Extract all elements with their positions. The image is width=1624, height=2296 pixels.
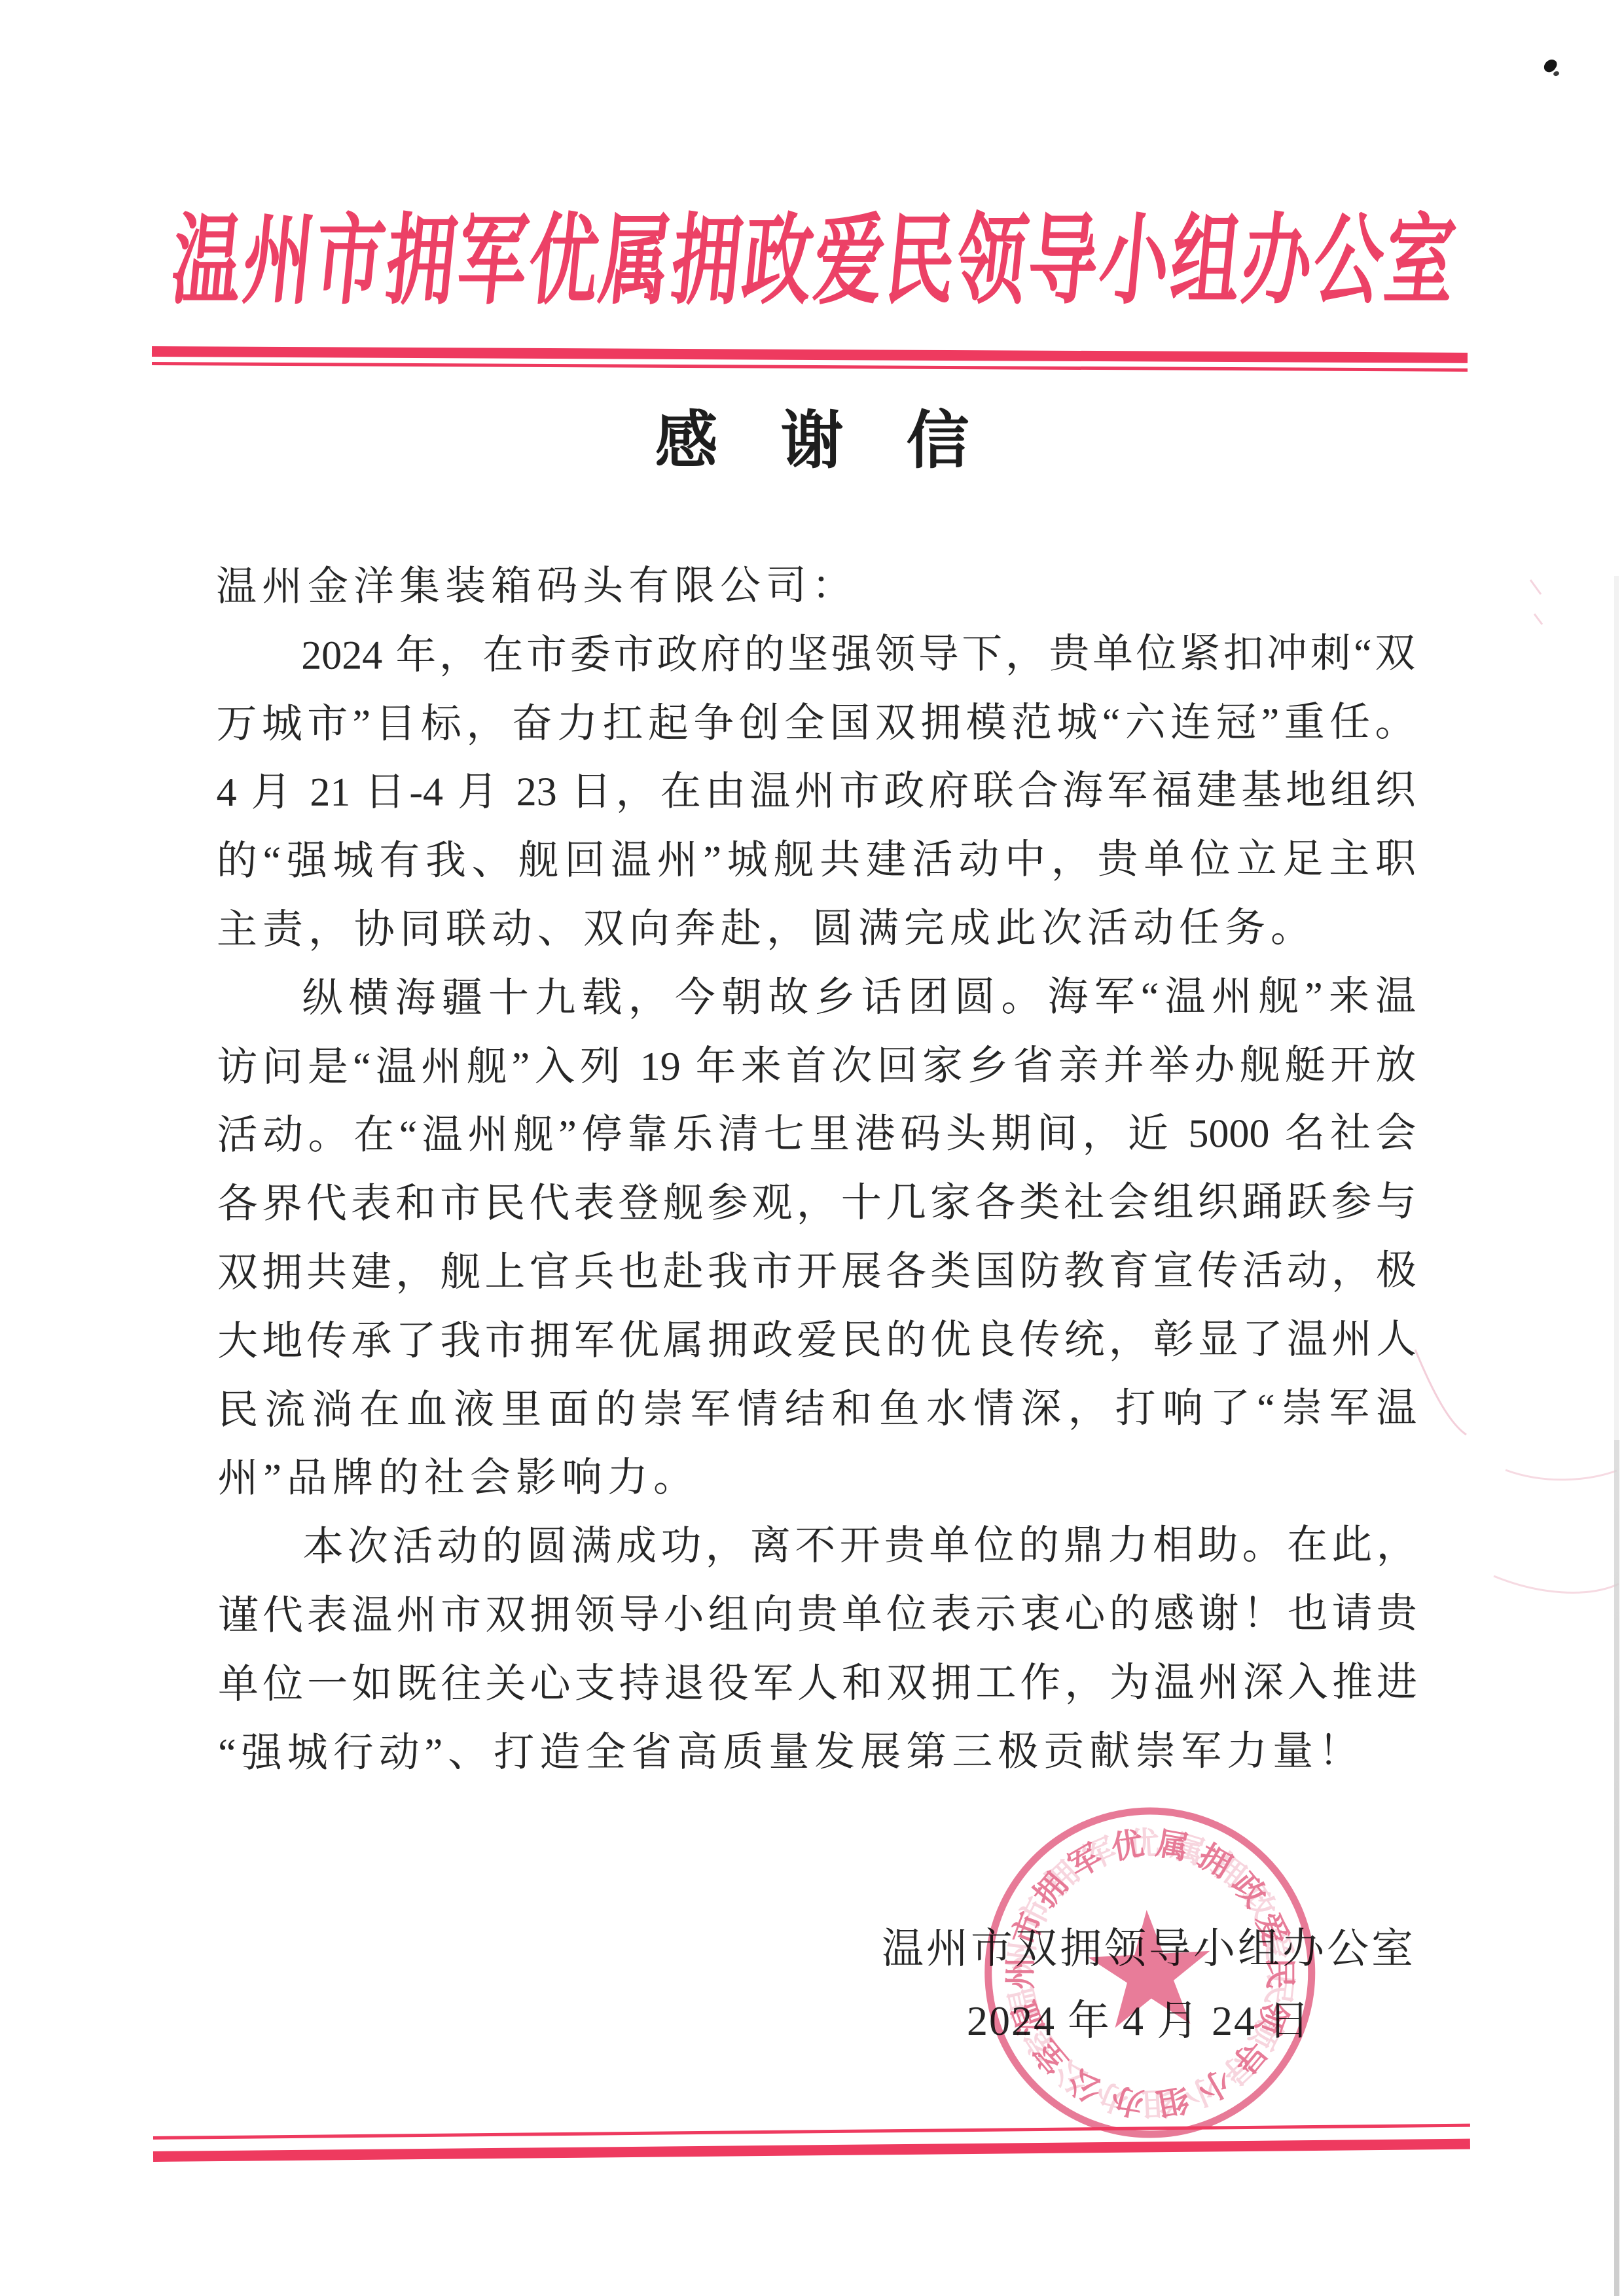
body-line: 纵横海疆十九载，今朝故乡话团圆。海军“温州舰”来温 bbox=[217, 963, 1416, 1033]
header-rule-thick bbox=[152, 346, 1468, 363]
body-line: 的“强城有我、舰回温州”城舰共建活动中，贵单位立足主职 bbox=[217, 825, 1416, 896]
scanned-letter-page: 温州市拥军优属拥政爱民领导小组办公室 感 谢 信 温州金洋集装箱码头有限公司：2… bbox=[0, 0, 1624, 2296]
header-rule-thin bbox=[152, 362, 1468, 372]
body-line: 访问是“温州舰”入列 19 年来首次回家乡省亲并举办舰艇开放 bbox=[217, 1031, 1416, 1102]
footer-rule-thick bbox=[153, 2139, 1470, 2162]
salutation: 温州金洋集装箱码头有限公司： bbox=[216, 551, 1415, 622]
scan-edge-line-lower bbox=[1614, 1440, 1619, 2296]
letterhead-title: 温州市拥军优属拥政爱民领导小组办公室 bbox=[0, 208, 1624, 315]
body-line: 双拥共建，舰上官兵也赴我市开展各类国防教育宣传活动，极 bbox=[217, 1237, 1416, 1308]
document-title: 感 谢 信 bbox=[0, 404, 1624, 478]
scan-edge-line-upper bbox=[1614, 576, 1619, 1440]
body-line: 单位一如既往关心支持退役军人和双拥工作，为温州深入推进 bbox=[218, 1649, 1417, 1719]
body-line: 谨代表温州市双拥领导小组向贵单位表示衷心的感谢！也请贵 bbox=[218, 1580, 1417, 1651]
body-line: “强城行动”、打造全省高质量发展第三极贡献崇军力量！ bbox=[218, 1717, 1417, 1787]
body-line: 州”品牌的社会影响力。 bbox=[217, 1443, 1416, 1513]
official-seal-stamp: 温州市拥军优属拥政爱民领导小组办公室 bbox=[970, 1796, 1331, 2157]
body-line: 2024 年，在市委市政府的坚强领导下，贵单位紧扣冲刺“双 bbox=[216, 620, 1415, 691]
body-line: 4 月 21 日-4 月 23 日，在由温州市政府联合海军福建基地组织 bbox=[217, 757, 1416, 827]
body-line: 民流淌在血液里面的崇军情结和鱼水情深，打响了“崇军温 bbox=[217, 1374, 1416, 1444]
body-line: 主责，协同联动、双向奔赴，圆满完成此次活动任务。 bbox=[217, 894, 1416, 965]
letter-body: 温州金洋集装箱码头有限公司：2024 年，在市委市政府的坚强领导下，贵单位紧扣冲… bbox=[216, 551, 1417, 1788]
body-line: 各界代表和市民代表登舰参观，十几家各类社会组织踊跃参与 bbox=[217, 1168, 1416, 1239]
body-line: 万城市”目标，奋力扛起争创全国双拥模范城“六连冠”重任。 bbox=[216, 688, 1415, 759]
seal-star-icon bbox=[1086, 1907, 1214, 2029]
body-line: 本次活动的圆满成功，离不开贵单位的鼎力相助。在此， bbox=[218, 1511, 1417, 1582]
body-line: 大地传承了我市拥军优属拥政爱民的优良传统，彰显了温州人 bbox=[217, 1306, 1416, 1376]
ink-speck-small bbox=[1553, 71, 1560, 77]
body-line: 活动。在“温州舰”停靠乐清七里港码头期间，近 5000 名社会 bbox=[217, 1100, 1416, 1170]
